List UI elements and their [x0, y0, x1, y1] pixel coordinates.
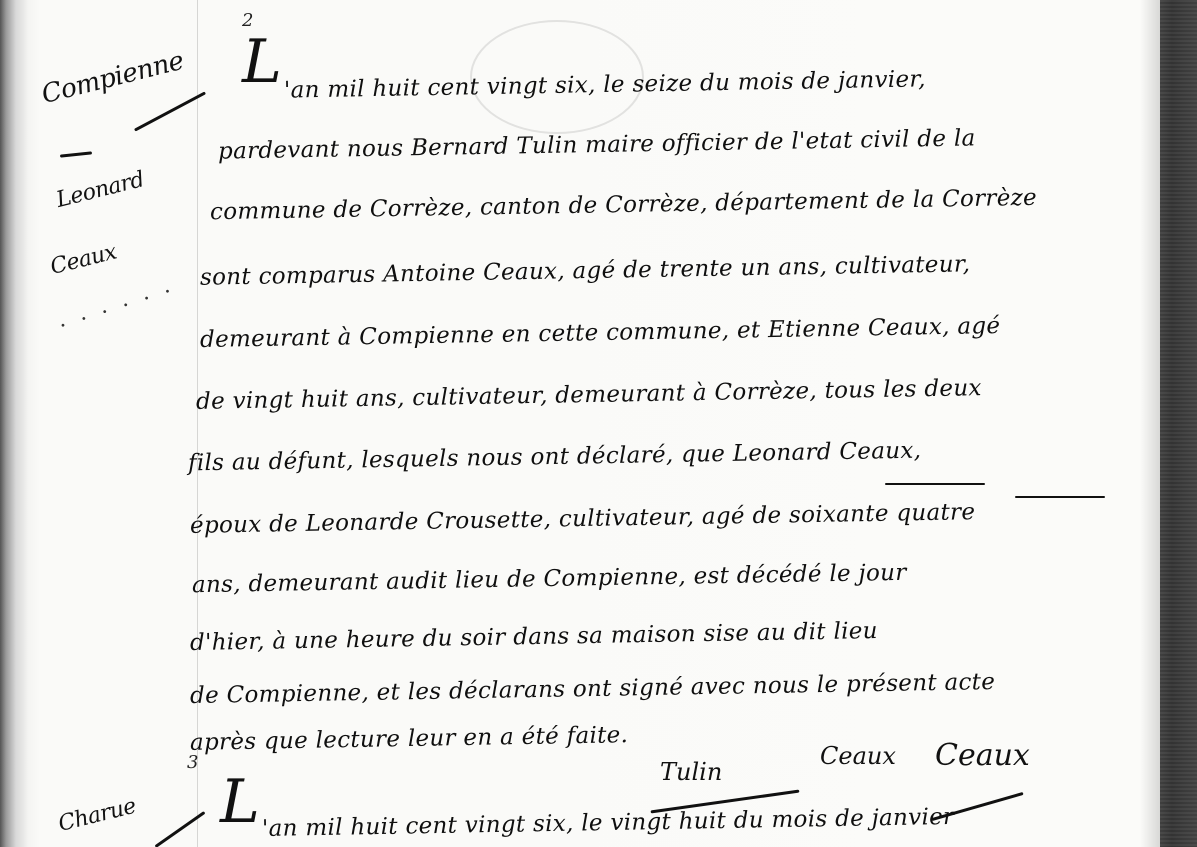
signature-witness-1: Ceaux: [820, 742, 896, 770]
signature-witness-2: Ceaux: [935, 738, 1030, 773]
entry-line: de vingt huit ans, cultivateur, demeuran…: [196, 375, 982, 415]
entry-line: demeurant à Compienne en cette commune, …: [200, 313, 1001, 353]
entry-line: après que lecture leur en a été faite.: [190, 722, 629, 756]
entry-line: fils au défunt, lesquels nous ont déclar…: [188, 438, 922, 477]
scanned-register-page: Compienne Leonard Ceaux . . . . . . 2 L …: [0, 0, 1197, 847]
margin-entry-place: Compienne: [39, 46, 187, 110]
entry-line: ans, demeurant audit lieu de Compienne, …: [192, 560, 907, 598]
name-underline: [885, 483, 985, 485]
entry-line: d'hier, à une heure du soir dans sa mais…: [190, 618, 878, 656]
entry-line: de Compienne, et les déclarans ont signé…: [190, 669, 996, 709]
binding-shadow: [0, 0, 28, 847]
entry-line: commune de Corrèze, canton de Corrèze, d…: [210, 185, 1037, 225]
page-edge: [1160, 0, 1197, 847]
next-entry-dropcap: L: [220, 772, 260, 832]
margin-entry-name-first: Leonard: [54, 167, 147, 213]
signature-mayor: Tulin: [660, 758, 722, 786]
margin-entry-name-last: Ceaux: [48, 240, 119, 280]
next-entry-number: 3: [187, 752, 198, 773]
entry-line: sont comparus Antoine Ceaux, agé de tren…: [200, 251, 971, 290]
entry-dropcap: L: [242, 32, 282, 92]
name-underline: [1015, 496, 1105, 498]
entry-line: pardevant nous Bernard Tulin maire offic…: [218, 125, 976, 164]
entry-line: époux de Leonarde Crousette, cultivateur…: [190, 499, 976, 539]
margin-flourish: [60, 151, 92, 157]
next-entry-line: 'an mil huit cent vingt six, le vingt hu…: [262, 804, 955, 842]
margin-dotted-filler: . . . . . .: [54, 272, 177, 333]
margin-next-entry-place: Charue: [56, 794, 139, 837]
margin-flourish: [134, 91, 206, 131]
margin-rule: [197, 0, 198, 847]
